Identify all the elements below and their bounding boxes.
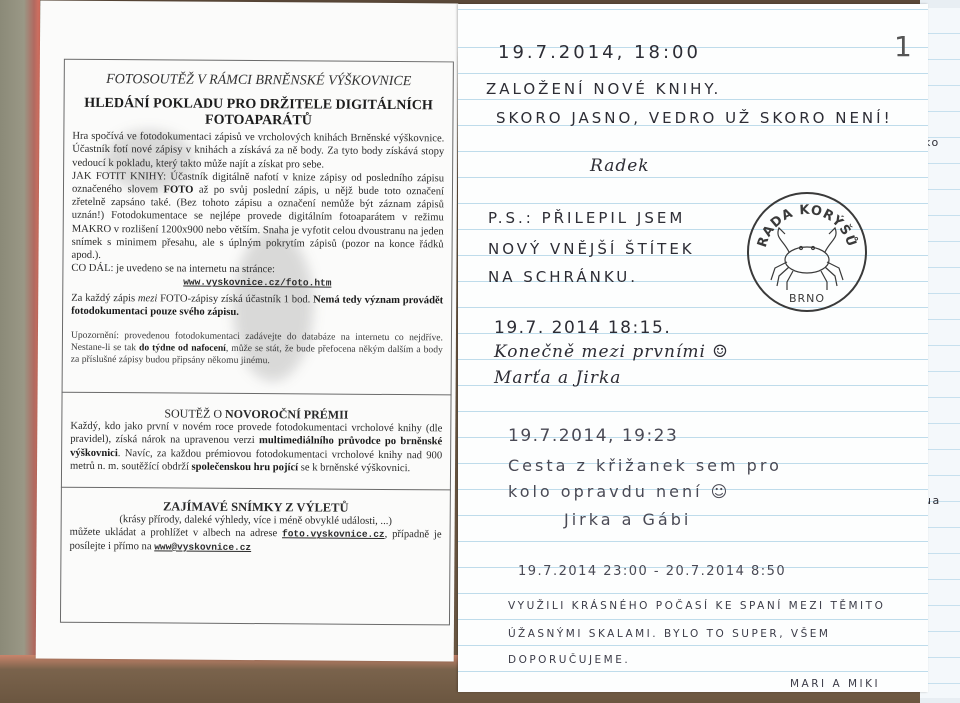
entry-2-line: NOVÝ VNĚJŠÍ ŠTÍTEK (488, 240, 695, 258)
entry-3-date: 19.7. 2014 18:15. (494, 318, 671, 338)
entry-2-line: NA SCHRÁNKU. (488, 268, 638, 286)
entry-3-line: Konečně mezi prvními ☺ (494, 342, 729, 362)
photos-album-link[interactable]: foto.vyskovnice.cz (282, 529, 385, 541)
entry-5-line: ÚŽASNÝMI SKALAMI. BYLO TO SUPER, VŠEM (508, 628, 830, 640)
flyer-divider (62, 392, 452, 396)
flyer-warning: Upozornění: provedenou fotodokumentaci z… (71, 330, 443, 369)
entry-1-line: ZALOŽENÍ NOVÉ KNIHY. (486, 80, 721, 98)
entry-4-date: 19.7.2014, 19:23 (508, 426, 678, 446)
background-book-cover-edge (0, 0, 40, 703)
entry-1-signature: Radek (590, 156, 650, 176)
entry-4-line: kolo opravdu není ☺ (508, 482, 730, 501)
photos-email-link[interactable]: www@vyskovnice.cz (154, 541, 251, 553)
flyer-intro: Hra spočívá ve fotodokumentaci zápisů ve… (72, 130, 444, 172)
stamp-bottom-text: BRNO (789, 292, 825, 305)
entry-3-signature: Marťa a Jirka (494, 368, 621, 388)
prize-text: Každý, kdo jako první v novém roce prove… (70, 420, 442, 475)
club-stamp: RADA KORÝŠŮ BRNO (745, 190, 869, 314)
entry-1-date: 19.7.2014, 18:00 (498, 42, 701, 63)
page-number: 1 (894, 30, 912, 63)
entry-5-line: VYUŽILI KRÁSNÉHO POČASÍ KE SPANÍ MEZI TĚ… (508, 600, 885, 612)
stamp-top-text: RADA KORÝŠŮ (755, 203, 860, 249)
entry-5-date: 19.7.2014 23:00 - 20.7.2014 8:50 (518, 564, 786, 579)
photos-text: můžete ukládat a prohlížet v albech na a… (69, 526, 441, 555)
left-page: FOTOSOUTĚŽ V RÁMCI BRNĚNSKÉ VÝŠKOVNICE H… (36, 1, 459, 662)
svg-text:RADA KORÝŠŮ: RADA KORÝŠŮ (755, 203, 860, 249)
flyer-how-to: JAK FOTIT KNIHY: Účastník digitálně nafo… (71, 170, 444, 265)
entry-5-signature: MARI A MIKI (790, 678, 880, 690)
flyer-heading-italic: FOTOSOUTĚŽ V RÁMCI BRNĚNSKÉ VÝŠKOVNICE (65, 73, 453, 89)
entry-1-line: SKORO JASNO, VEDRO UŽ SKORO NENÍ! (496, 109, 893, 127)
flyer-heading-bold: HLEDÁNÍ POKLADU PRO DRŽITELE DIGITÁLNÍCH… (64, 96, 452, 131)
entry-4-line: Cesta z křižanek sem pro (508, 456, 782, 475)
entry-2-line: P.S.: PŘILEPIL JSEM (488, 209, 685, 227)
flyer-divider (61, 487, 451, 491)
crab-icon (771, 228, 843, 290)
right-page-handwritten: 1 19.7.2014, 18:00 ZALOŽENÍ NOVÉ KNIHY. … (458, 4, 928, 692)
photo-contest-flyer: FOTOSOUTĚŽ V RÁMCI BRNĚNSKÉ VÝŠKOVNICE H… (60, 59, 454, 626)
entry-5-line: DOPORUČUJEME. (508, 654, 630, 666)
flyer-url-foto[interactable]: www.vyskovnice.cz/foto.htm (71, 275, 443, 291)
flyer-points: Za každý zápis mezi FOTO-zápisy získá úč… (71, 291, 443, 320)
entry-4-signature: Jirka a Gábi (564, 510, 691, 529)
